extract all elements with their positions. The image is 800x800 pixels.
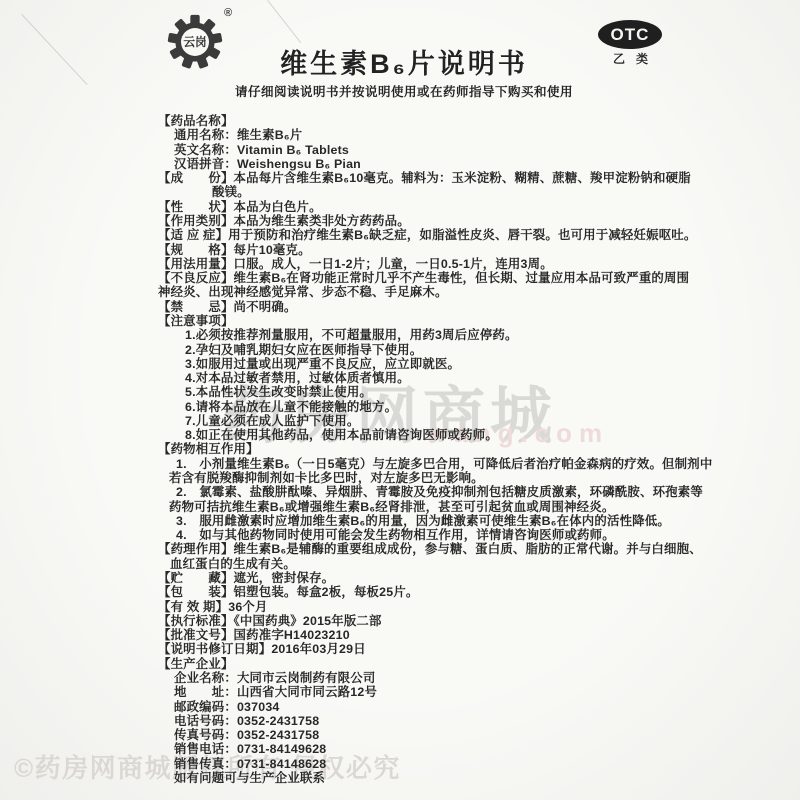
- insert-line: 地 址：山西省大同市同云路12号: [174, 685, 712, 699]
- insert-line: 【注意事项】: [158, 314, 712, 328]
- insert-line: 【生产企业】: [158, 657, 712, 671]
- otc-badge: OTC: [598, 20, 662, 49]
- insert-line: 5.本品性状发生改变时禁止使用。: [185, 385, 712, 399]
- insert-line: 3. 服用雌激素时应增加维生素B₆的用量，因为雌激素可使维生素B₆在体内的活性降…: [176, 514, 712, 528]
- insert-line: 【不良反应】维生素B₆在肾功能正常时几乎不产生毒性，但长期、过量应用本品可致严重…: [158, 271, 712, 285]
- insert-line: 4. 如与其他药物同时使用可能会发生药物相互作用，详情请咨询医师或药师。: [176, 528, 712, 542]
- scan-artifact: [267, 0, 301, 43]
- insert-line: 英文名称：Vitamin B₆ Tablets: [174, 143, 712, 157]
- insert-line: 2.孕妇及哺乳期妇女应在医师指导下使用。: [185, 343, 712, 357]
- insert-line: 【禁 忌】尚不明确。: [158, 300, 712, 314]
- insert-line: 酸镁。: [212, 185, 712, 199]
- insert-body: 【药品名称】通用名称：维生素B₆片英文名称：Vitamin B₆ Tablets…: [158, 114, 712, 785]
- page-subtitle: 请仔细阅读说明书并按说明使用或在药师指导下购买和使用: [0, 82, 800, 100]
- insert-line: 【成 份】本品每片含维生素B₆10毫克。辅料为：玉米淀粉、糊精、蔗糖、羧甲淀粉钠…: [158, 171, 712, 185]
- insert-line: 【有 效 期】36个月: [158, 600, 712, 614]
- insert-line: 【适 应 症】用于预防和治疗维生素B₆缺乏症，如脂溢性皮炎、唇干裂。也可用于减轻…: [158, 228, 712, 242]
- insert-line: 【用法用量】口服。成人，一日1-2片；儿童，一日0.5-1片，连用3周。: [158, 257, 712, 271]
- insert-line: 3.如服用过量或出现严重不良反应，应立即就医。: [185, 357, 712, 371]
- insert-line: 邮政编码：037034: [174, 700, 712, 714]
- insert-line: 血红蛋白的生成有关。: [170, 557, 712, 571]
- insert-line: 【药品名称】: [158, 114, 712, 128]
- insert-line: 【执行标准】《中国药典》2015年版二部: [158, 614, 712, 628]
- insert-line: 8.如正在使用其他药品，使用本品前请咨询医师或药师。: [185, 428, 712, 442]
- insert-line: 汉语拼音：Weishengsu B₆ Pian: [174, 157, 712, 171]
- insert-line: 1. 小剂量维生素B₆（一日5毫克）与左旋多巴合用，可降低后者治疗帕金森病的疗效…: [176, 457, 712, 471]
- insert-line: 【作用类别】本品为维生素类非处方药药品。: [158, 214, 712, 228]
- insert-line: 7.儿童必须在成人监护下使用。: [185, 414, 712, 428]
- insert-line: 若含有脱羧酶抑制剂如卡比多巴时，对左旋多巴无影响。: [169, 471, 712, 485]
- insert-line: 通用名称：维生素B₆片: [174, 128, 712, 142]
- insert-line: 1.必须按推荐剂量服用，不可超量服用，用药3周后应停药。: [185, 328, 712, 342]
- insert-line: 【贮 藏】遮光，密封保存。: [158, 571, 712, 585]
- insert-line: 【批准文号】国药准字H14023210: [158, 628, 712, 642]
- insert-line: 2. 氯霉素、盐酸肼酞嗪、异烟肼、青霉胺及免疫抑制剂包括糖皮质激素，环磷酰胺、环…: [176, 485, 712, 499]
- insert-line: 药物可拮抗维生素B₆或增强维生素B₆经肾排泄，甚至可引起贫血或周围神经炎。: [169, 500, 712, 514]
- insert-line: 【药理作用】维生素B₆是辅酶的重要组成成份，参与糖、蛋白质、脂肪的正常代谢。并与…: [158, 542, 712, 556]
- insert-line: 电话号码：0352-2431758: [174, 714, 712, 728]
- insert-line: 【性 状】本品为白色片。: [158, 200, 712, 214]
- insert-line: 4.对本品过敏者禁用，过敏体质者慎用。: [185, 371, 712, 385]
- registered-mark: ®: [224, 7, 232, 19]
- insert-line: 【药物相互作用】: [158, 442, 712, 456]
- insert-line: 【包 装】铝塑包装。每盒2板，每板25片。: [158, 585, 712, 599]
- otc-class-label: 乙类: [600, 50, 664, 67]
- package-insert-scan: 药房网商城 wang.com ©药房网商城版权所有 侵权必究 云岗 ® 维生素B…: [0, 0, 800, 800]
- insert-line: 企业名称：大同市云岗制药有限公司: [174, 671, 712, 685]
- insert-line: 如有问题可与生产企业联系: [174, 771, 712, 785]
- insert-line: 销售传真：0731-84148628: [174, 757, 712, 771]
- page-title: 维生素B₆片说明书: [0, 42, 800, 81]
- insert-line: 销售电话：0731-84149628: [174, 742, 712, 756]
- insert-line: 6.请将本品放在儿童不能接触的地方。: [185, 400, 712, 414]
- insert-line: 神经炎、出现神经感觉异常、步态不稳、手足麻木。: [158, 285, 712, 299]
- insert-line: 【规 格】每片10毫克。: [158, 243, 712, 257]
- insert-line: 传真号码：0352-2431758: [174, 728, 712, 742]
- insert-line: 【说明书修订日期】2016年03月29日: [158, 642, 712, 656]
